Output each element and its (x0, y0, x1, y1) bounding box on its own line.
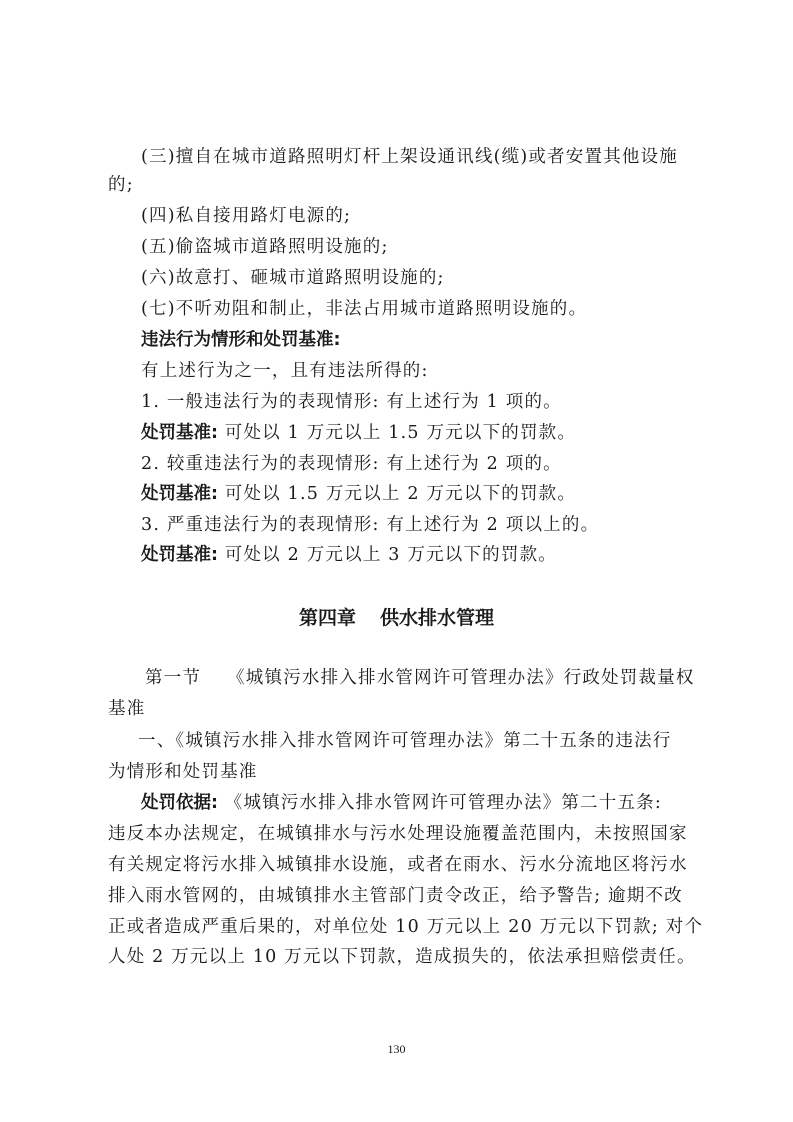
penalty-text: 可处以 2 万元以上 3 万元以下的罚款。 (218, 545, 557, 565)
penalty-line: 处罚基准: 可处以 1.5 万元以上 2 万元以下的罚款。 (141, 483, 721, 505)
basis-body: 排入雨水管网的，由城镇排水主管部门责令改正，给予警告; 逾期不改 (108, 885, 688, 907)
list-item: (六)故意打、砸城市道路照明设施的; (141, 267, 721, 289)
level-desc: 3. 严重违法行为的表现情形: 有上述行为 2 项以上的。 (141, 514, 721, 536)
basis-label: 处罚依据: (141, 793, 218, 813)
penalty-line: 处罚基准: 可处以 2 万元以上 3 万元以下的罚款。 (141, 544, 721, 566)
section-heading-continuation: 基准 (108, 698, 688, 720)
chapter-heading: 第四章供水排水管理 (0, 606, 793, 630)
penalty-label: 处罚基准: (141, 423, 218, 443)
list-item-continuation: 的; (108, 174, 688, 196)
penalty-label: 处罚基准: (141, 484, 218, 504)
list-item: (五)偷盗城市道路照明设施的; (141, 236, 721, 258)
criteria-intro: 有上述行为之一，且有违法所得的: (141, 360, 721, 382)
page-number: 130 (0, 1042, 793, 1057)
basis-text: 《城镇污水排入排水管网许可管理办法》第二十五条: (218, 793, 662, 813)
chapter-title: 供水排水管理 (380, 607, 494, 629)
basis-body: 正或者造成严重后果的，对单位处 10 万元以上 20 万元以下罚款; 对个 (108, 916, 688, 938)
penalty-text: 可处以 1.5 万元以上 2 万元以下的罚款。 (218, 484, 576, 504)
list-item: (三)擅自在城市道路照明灯杆上架设通讯线(缆)或者安置其他设施 (141, 146, 721, 168)
section-heading: 第一节《城镇污水排入排水管网许可管理办法》行政处罚裁量权 (145, 667, 725, 689)
chapter-number: 第四章 (299, 607, 356, 629)
basis-body: 人处 2 万元以上 10 万元以下罚款，造成损失的，依法承担赔偿责任。 (108, 946, 688, 968)
penalty-text: 可处以 1 万元以上 1.5 万元以下的罚款。 (218, 423, 576, 443)
list-item: (四)私自接用路灯电源的; (141, 205, 721, 227)
section-number: 第一节 (145, 668, 201, 688)
section-title: 《城镇污水排入排水管网许可管理办法》行政处罚裁量权 (227, 668, 695, 688)
penalty-label: 处罚基准: (141, 545, 218, 565)
basis-body: 有关规定将污水排入城镇排水设施，或者在雨水、污水分流地区将污水 (108, 854, 688, 876)
basis-line: 处罚依据: 《城镇污水排入排水管网许可管理办法》第二十五条: (141, 792, 721, 814)
level-desc: 2. 较重违法行为的表现情形: 有上述行为 2 项的。 (141, 453, 721, 475)
list-item: (七)不听劝阻和制止，非法占用城市道路照明设施的。 (141, 298, 721, 320)
level-desc: 1. 一般违法行为的表现情形: 有上述行为 1 项的。 (141, 391, 721, 413)
basis-body: 违反本办法规定，在城镇排水与污水处理设施覆盖范围内，未按照国家 (108, 823, 688, 845)
article-heading: 一、《城镇污水排入排水管网许可管理办法》第二十五条的违法行 (138, 730, 718, 752)
article-heading-continuation: 为情形和处罚基准 (108, 761, 688, 783)
criteria-title: 违法行为情形和处罚基准: (141, 329, 721, 351)
penalty-line: 处罚基准: 可处以 1 万元以上 1.5 万元以下的罚款。 (141, 422, 721, 444)
